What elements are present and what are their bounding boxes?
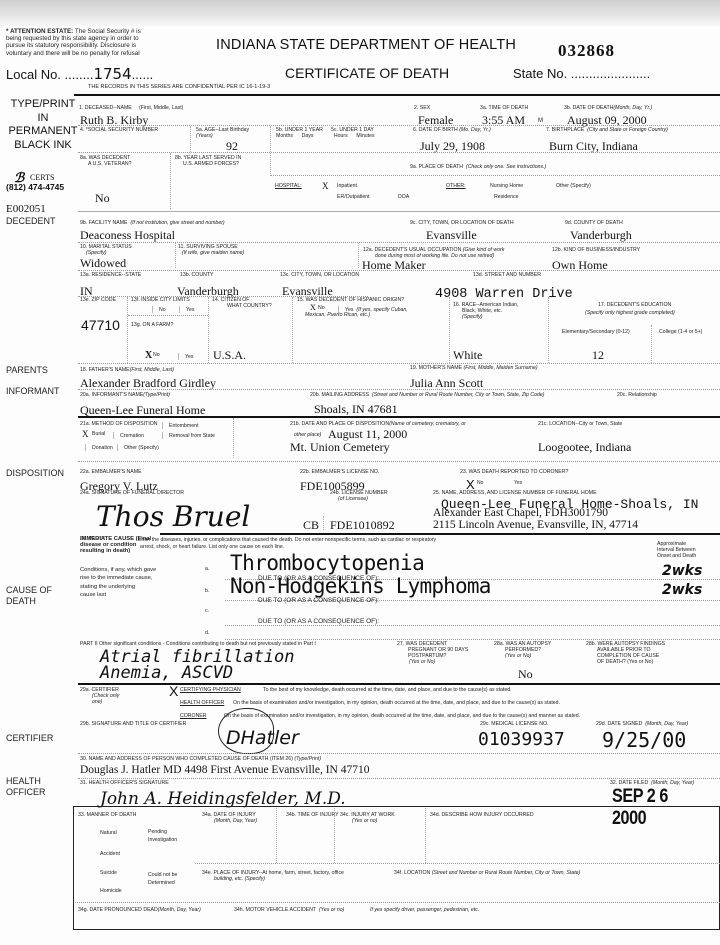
field-label-spouse: 11. SURVIVING SPOUSE(If wife, give maide… — [178, 245, 244, 257]
autopsy-performed[interactable]: No — [518, 667, 533, 682]
manner-homicide[interactable]: Homicide — [100, 889, 122, 895]
option-coroner[interactable]: CORONER — [180, 714, 207, 720]
coroner-yes[interactable]: Yes — [514, 481, 522, 487]
field-label-disposition-location: 21c. LOCATION--City or Town, State — [538, 422, 622, 428]
attention-line: The Social Security # is — [75, 28, 141, 35]
education-college-label: College (1-4 or 5+) — [659, 330, 702, 336]
field-label-certifier-signature: 29b. SIGNATURE AND TITLE OF CERTIFIER — [80, 722, 186, 728]
section-health-officer: HEALTH OFFICER — [6, 776, 46, 798]
attention-line: voluntary and there will be no penalty f… — [6, 50, 206, 57]
divider — [425, 808, 426, 863]
option-label: Pending Investigation — [148, 828, 184, 844]
education-grade[interactable]: 12 — [592, 348, 604, 363]
residence-street[interactable]: 4908 Warren Drive — [435, 287, 573, 302]
date-signed[interactable]: 9/25/00 — [602, 728, 686, 752]
label-text: 18. FATHER'S NAME — [80, 367, 130, 373]
label-text: Conditions, if any, which gave — [80, 566, 156, 574]
rule — [78, 461, 720, 462]
other-label: OTHER: — [446, 184, 466, 190]
label-text: U.S. ARMED FORCES? — [175, 162, 241, 168]
label-sub: Months — [276, 133, 293, 139]
field-label-farm: 13g. ON A FARM? — [131, 323, 173, 329]
label-text: 34g. DATE PRONOUNCED DEAD — [78, 907, 158, 913]
label-text: 34f. LOCATION — [394, 870, 430, 876]
interval-b[interactable]: 2wks — [662, 582, 702, 598]
checkbox[interactable] — [178, 353, 183, 360]
burial-check-mark[interactable]: X — [82, 429, 89, 439]
label-hint: (of Licensee) — [330, 496, 368, 502]
label-text: cause last — [80, 591, 156, 599]
label-hint: (Specify) — [453, 314, 482, 320]
record-code: E002051 — [6, 203, 46, 215]
section-line: CAUSE OF — [6, 585, 52, 596]
label-hint: building, etc. (Specify) — [202, 876, 265, 882]
label-text: 9b. FACILITY NAME — [80, 220, 127, 226]
field-label-facility: 9b. FACILITY NAME (If not institution, g… — [80, 221, 225, 227]
field-label-under-1-year: 5b. UNDER 1 YEARMonths Days — [276, 128, 323, 140]
label-hint: (First, Middle, Last) — [130, 367, 174, 373]
field-label-name: 1. DECEASED--NAME (First, Middle, Last) — [79, 106, 183, 112]
coroner-no[interactable]: No — [477, 481, 483, 487]
field-label-father: 18. FATHER'S NAME(First, Middle, Last) — [80, 368, 174, 374]
label-text: 19. MOTHER'S NAME — [410, 365, 462, 371]
field-label-injury-at-work: 34c. INJURY AT WORK(Yes or no) — [340, 813, 395, 825]
rule — [128, 315, 208, 316]
divider — [334, 808, 335, 863]
funeral-director-signature[interactable]: Thos Bruel — [96, 500, 250, 533]
rule — [78, 125, 720, 126]
line-letter-d: d. — [205, 631, 209, 637]
field-label-under-1-day: 5c. UNDER 1 DAY Hours Minutes — [331, 128, 375, 140]
label-text: Onset and Death — [657, 554, 696, 560]
label-hint: (First, Middle, Last) — [139, 105, 183, 111]
field-label-coroner: 23. WAS DEATH REPORTED TO CORONER? — [460, 470, 568, 476]
label-text: 9a. PLACE OF DEATH — [410, 164, 463, 170]
field-label-pronounced-dead: 34g. DATE PRONOUNCED DEAD(Month, Day, Ye… — [78, 908, 201, 914]
field-label-funeral-director-signature: 24a. SIGNATURE OF FUNERAL DIRECTOR — [80, 491, 184, 497]
part2-line-2[interactable]: Anemia, ASCVD — [100, 663, 233, 683]
section-parents: PARENTS — [6, 365, 48, 375]
city-limits-no[interactable]: No — [152, 306, 166, 314]
attention-title: * ATTENTION ESTATE: — [6, 28, 73, 35]
label-hint: (Month, Day, Year) — [158, 907, 201, 913]
citizenship[interactable]: U.S.A. — [213, 348, 246, 363]
hispanic-hint: Mexican, Puerto Rican, etc.) — [305, 313, 370, 319]
divider — [233, 418, 234, 458]
ink-line: PERMANENT — [8, 125, 78, 139]
label-text: 29d. DATE SIGNED — [596, 721, 642, 727]
zip-code[interactable]: 47710 — [81, 317, 120, 333]
field-label-embalmer-license: 22b. EMBALMER'S LICENSE NO. — [300, 470, 379, 476]
field-label-embalmer: 22a. EMBALMER'S NAME — [80, 470, 142, 476]
certificate-title: CERTIFICATE OF DEATH — [285, 65, 449, 81]
label-text: 34h. MOTOR VEHICLE ACCIDENT — [234, 907, 316, 913]
label-text: 6. DATE OF BIRTH — [413, 127, 458, 133]
section-rule — [160, 533, 720, 535]
hospital-label: HOSPITAL: — [275, 184, 302, 190]
education-elementary-label: Elementary/Secondary (0-12) — [562, 330, 630, 336]
coroner-statement: On the basis of examination and/or inves… — [224, 714, 580, 720]
label-sub: Hours — [334, 133, 348, 139]
divider — [208, 297, 209, 363]
funeral-home-chapel[interactable]: Alexander East Chapel, FDH3001790 — [433, 507, 608, 519]
field-label-medical-license: 29c. MEDICAL LICENSE NO. — [480, 722, 548, 728]
divider — [276, 808, 277, 863]
rule — [78, 211, 720, 212]
field-label-ssn: 4. *SOCIAL SECURITY NUMBER — [80, 128, 158, 134]
scan-edge — [0, 0, 720, 26]
divider — [449, 297, 450, 363]
farm-no[interactable]: No — [153, 353, 160, 359]
option-label: Yes — [185, 354, 193, 360]
method-burial[interactable]: Burial — [92, 432, 105, 438]
divider — [323, 516, 324, 530]
field-label-residence-county: 13b. COUNTY — [180, 273, 213, 279]
rule — [75, 902, 720, 903]
ink-line: TYPE/PRINT — [8, 98, 78, 112]
divider — [548, 297, 549, 363]
field-label-completer: 30. NAME AND ADDRESS OF PERSON WHO COMPL… — [80, 757, 321, 763]
option-doa[interactable]: DOA — [398, 195, 409, 201]
field-label-health-officer-signature: 31. HEALTH OFFICER'S SIGNATURE — [80, 781, 169, 787]
checkbox[interactable] — [162, 422, 167, 429]
state-no: State No. ...................... — [513, 66, 650, 81]
field-label-dob: 6. DATE OF BIRTH (Mo. Day, Yr.) — [413, 128, 491, 134]
part1-label: 26. PART I — [80, 537, 105, 543]
attention-line: pursue its statutory responsibility. Dis… — [6, 42, 206, 49]
field-label-manner: 33. MANNER OF DEATH — [78, 813, 136, 819]
option-certifying-physician[interactable]: CERTIFYING PHYSICIAN — [180, 688, 241, 694]
section-certifier: CERTIFIER — [6, 733, 53, 743]
divider — [651, 325, 652, 363]
section-cause-of-death: CAUSE OF DEATH — [6, 585, 52, 607]
label-text: 20a. INFORMANT'S NAME — [80, 392, 143, 398]
field-label-residence-state: 13a. RESIDENCE--STATE — [80, 273, 141, 279]
field-label-pregnant: 27. WAS DECEDENT PREGNANT OR 90 DAYS POS… — [397, 642, 468, 666]
manner-accident[interactable]: Accident — [100, 852, 120, 858]
section-line: OFFICER — [6, 787, 46, 798]
divider — [358, 243, 359, 268]
field-label-county-of-death: 9d. COUNTY OF DEATH — [565, 221, 623, 227]
disposition-location[interactable]: Loogootee, Indiana — [538, 440, 631, 455]
label-sub: Days — [302, 133, 314, 139]
checkbox[interactable] — [152, 306, 157, 313]
label-hint: (Month, Day, Year) — [645, 721, 688, 727]
rule — [225, 639, 720, 640]
field-label-zip: 13e. ZIP CODE — [80, 298, 116, 304]
manner-undetermined[interactable]: Could not be Determined — [148, 871, 184, 887]
option-label: Yes — [186, 307, 194, 313]
rule — [78, 152, 720, 153]
confidential-notice: THE RECORDS IN THIS SERIES ARE CONFIDENT… — [88, 84, 270, 90]
line-letter-b: b. — [205, 589, 209, 595]
medical-license[interactable]: 01039937 — [478, 729, 565, 750]
section-disposition: DISPOSITION — [6, 468, 64, 478]
label-hint: (Month, Day, Yr.) — [613, 105, 652, 111]
label-hint: (Month, Day, Year) — [202, 818, 257, 824]
field-label-mailing-address: 20b. MAILING ADDRESS (Street and Number … — [310, 393, 545, 399]
option-label: Cremation — [120, 433, 144, 439]
agency-title: INDIANA STATE DEPARTMENT OF HEALTH — [216, 37, 516, 53]
field-label-describe-injury: 34d. DESCRIBE HOW INJURY OCCURRED — [430, 813, 534, 819]
interval-a[interactable]: 2wks — [662, 563, 702, 579]
line-letter-c: c. — [205, 609, 209, 615]
rule — [270, 175, 720, 176]
field-label-race: 16. RACE--American Indian,Black, White, … — [453, 303, 518, 321]
label-text: stating the underlying — [80, 583, 156, 591]
label-hint: (Mo. Day, Yr.) — [459, 127, 491, 133]
section-line: DEATH — [6, 596, 52, 607]
field-label-autopsy: 28a. WAS AN AUTOPSY PERFORMED? (Yes or N… — [494, 642, 551, 660]
divider — [190, 126, 191, 152]
label-hint: (Years) — [196, 133, 213, 139]
label-text: rise to the immediate cause, — [80, 574, 156, 582]
label-hint: (Yes or no) — [319, 907, 344, 913]
label-hint: (Yes or No) — [494, 653, 531, 659]
divider — [270, 126, 271, 176]
farm-no-check-mark[interactable]: X — [145, 350, 152, 361]
label-hint: (Street and Number or Rural Route Number… — [372, 392, 545, 398]
field-label-method: 21a. METHOD OF DISPOSITION — [80, 422, 158, 428]
facility-name[interactable]: Deaconess Hospital — [80, 228, 175, 243]
field-label-autopsy-findings: 28b. WERE AUTOPSY FINDINGS AVAILABLE PRI… — [586, 642, 665, 666]
field-label-motor-vehicle: 34h. MOTOR VEHICLE ACCIDENT (Yes or no) — [234, 908, 344, 914]
farm-yes[interactable]: Yes — [178, 353, 193, 361]
label-hint: (Type/Print) — [143, 392, 170, 398]
informant-address[interactable]: Shoals, IN 47681 — [314, 402, 398, 417]
field-label-informant: 20a. INFORMANT'S NAME(Type/Print) — [80, 393, 170, 399]
ink-instruction: TYPE/PRINT IN PERMANENT BLACK INK — [8, 98, 78, 152]
field-label-conditions: Conditions, if any, which gave rise to t… — [80, 566, 156, 600]
rule — [78, 778, 720, 779]
field-label-mother: 19. MOTHER'S NAME (First, Middle, Maiden… — [410, 366, 538, 372]
label-hint: (First, Middle, Maiden Surname) — [463, 365, 537, 371]
local-no-trail: ...... — [132, 67, 154, 82]
field-label-city-of-death: 9c. CITY, TOWN, OR LOCATION OF DEATH — [410, 221, 514, 227]
option-label: Donation — [92, 445, 113, 451]
label-hint: (Yes or no) — [340, 818, 377, 824]
field-label-education: 17. DECEDENT'S EDUCATION — [598, 303, 671, 309]
method-cremation[interactable]: Cremation — [113, 432, 144, 440]
education-hint: (Specify only highest grade completed) — [585, 311, 675, 317]
certifier-signature[interactable]: DHatler — [226, 727, 299, 749]
certs-phone: (812) 474-4745 — [6, 182, 64, 192]
option-label: No — [159, 307, 166, 313]
disposition-place[interactable]: Mt. Union Cemetery — [290, 440, 390, 455]
death-certificate: * ATTENTION ESTATE: The Social Security … — [0, 0, 720, 945]
funeral-director-license[interactable]: FDE1010892 — [330, 518, 395, 533]
certificate-number: 032868 — [558, 41, 615, 61]
header-rule — [74, 94, 720, 96]
option-residence[interactable]: Residence — [494, 195, 519, 201]
health-officer-statement: On the basis of examination and/or inves… — [233, 701, 560, 707]
time-m: M — [538, 118, 543, 125]
field-label-interval: Approximate Interval Between Onset and D… — [657, 542, 696, 560]
label-hint: other place) — [294, 432, 321, 438]
due-to-c: DUE TO (OR AS A CONSEQUENCE OF): — [258, 618, 379, 625]
section-rule — [78, 416, 720, 418]
funeral-home-address[interactable]: 2115 Lincoln Avenue, Evansville, IN, 477… — [433, 519, 638, 531]
label-text: 3b. DATE OF DEATH — [564, 105, 613, 111]
section-informant: INFORMANT — [6, 386, 60, 396]
label-sub: Minutes — [356, 133, 374, 139]
option-er-outpatient[interactable]: ER/Outpatient — [337, 195, 370, 201]
city-limits-yes[interactable]: Yes — [179, 306, 194, 314]
rule — [195, 863, 720, 864]
completer-name-address[interactable]: Douglas J. Hatler MD 4498 First Avenue E… — [80, 764, 370, 776]
disposition-hint: other place) — [294, 433, 321, 439]
option-inpatient[interactable]: Inpatient — [337, 184, 357, 190]
divider — [170, 153, 171, 209]
checkbox[interactable] — [113, 432, 118, 439]
city-of-death[interactable]: Evansville — [426, 228, 477, 243]
option-label: Entombment — [169, 423, 198, 429]
field-label-injury-time: 34b. TIME OF INJURY — [286, 813, 339, 819]
field-label-street: 13d. STREET AND NUMBER — [473, 273, 541, 279]
section-decedent: DECEDENT — [6, 216, 56, 226]
field-label-age: 5a. AGE--Last Birthday(Years) — [196, 128, 249, 140]
veteran-status[interactable]: No — [95, 191, 110, 206]
field-label-time: 3a. TIME OF DEATH — [480, 106, 528, 112]
local-no-label: Local No. ........ — [6, 67, 93, 82]
race[interactable]: White — [453, 348, 482, 363]
option-other[interactable]: Other (Specify) — [556, 184, 591, 190]
ink-line: IN — [8, 112, 78, 126]
field-label-birthplace: 7. BIRTHPLACE (City and State or Foreign… — [546, 128, 668, 134]
field-label-injury-date: 34a. DATE OF INJURY(Month, Day, Year) — [202, 813, 257, 825]
certs-label: CERTS — [30, 173, 54, 182]
rule — [78, 363, 720, 364]
label-hint: (Yes or No) — [397, 659, 435, 665]
manner-natural[interactable]: Natural — [100, 831, 117, 837]
checkbox[interactable] — [179, 306, 184, 313]
label-hint: (Specify only highest grade completed) — [585, 310, 675, 316]
label-hint: (Check only one. See instructions.) — [466, 164, 546, 170]
field-label-veteran: 8a. WAS DECEDENTA U.S. VETERAN? — [80, 156, 132, 168]
attention-notice: * ATTENTION ESTATE: The Social Security … — [6, 28, 206, 57]
rule — [78, 389, 720, 390]
label-text: 7. BIRTHPLACE — [546, 127, 584, 133]
label-hint: one) — [80, 700, 119, 706]
label-text: 1. DECEASED--NAME — [79, 105, 132, 111]
label-hint: Mexican, Puerto Rican, etc.) — [305, 312, 370, 318]
field-label-relationship: 20c. Relationship — [617, 393, 657, 399]
field-label-citizen: 14. CITIZEN OFWHAT COUNTRY? — [212, 298, 272, 310]
field-label-residence-city: 13c. CITY, TOWN, OR LOCATION — [280, 273, 359, 279]
label-hint: If yes specify driver, passenger, pedest… — [370, 907, 479, 913]
method-entombment[interactable]: Entombment — [162, 422, 198, 430]
rule — [78, 753, 720, 754]
option-label: Removal from State — [169, 433, 215, 439]
local-no: Local No. ........1754...... — [6, 65, 153, 83]
field-label-year-served: 8b. YEAR LAST SERVED INU.S. ARMED FORCES… — [175, 156, 241, 168]
label-hint: (Street and Number or Rural Route Number… — [432, 870, 581, 876]
label-hint: (City and State or Foreign Country) — [587, 127, 668, 133]
option-label: Other (Specify) — [124, 445, 159, 451]
divider — [127, 297, 128, 363]
method-other[interactable]: Other (Specify) — [117, 444, 159, 452]
physician-statement: To the best of my knowledge, death occur… — [263, 688, 512, 694]
line-letter-a: a. — [205, 567, 209, 573]
field-label-date-of-death: 3b. DATE OF DEATH(Month, Day, Yr.) — [564, 106, 652, 112]
field-label-city-limits: 13f. INSIDE CITY LIMITS — [131, 298, 190, 304]
label-hint: (If not institution, give street and num… — [130, 220, 224, 226]
label-text: 30. NAME AND ADDRESS OF PERSON WHO COMPL… — [80, 756, 293, 762]
field-label-business: 12b. KIND OF BUSINESS/INDUSTRY — [552, 248, 640, 254]
field-label-certifier: 29a. CERTIFIER (Check only one) — [80, 688, 119, 706]
rule — [78, 270, 720, 271]
cause-line-b[interactable]: Non-Hodgekins Lymphoma — [230, 574, 491, 598]
local-no-value: 1754 — [93, 65, 131, 83]
field-label-injury-place: 34e. PLACE OF INJURY--At home, farm, str… — [202, 871, 344, 883]
label-text: WHAT COUNTRY? — [212, 304, 272, 310]
checkbox[interactable] — [117, 444, 122, 451]
field-label-license: 24b. LICENSE NUMBER(of Licensee) — [330, 491, 388, 503]
label-hint: (Type/Print) — [294, 756, 321, 762]
manner-pending[interactable]: Pending Investigation — [148, 828, 184, 844]
license-prefix: CB — [303, 518, 319, 533]
field-label-sex: 2. SEX — [414, 106, 430, 112]
checkbox[interactable] — [162, 432, 167, 439]
label-text: A U.S. VETERAN? — [80, 162, 132, 168]
due-to-b: DUE TO (OR AS A CONSEQUENCE OF): — [258, 597, 379, 604]
section-line: HEALTH — [6, 776, 46, 787]
hospital-check-mark[interactable]: X — [322, 181, 329, 191]
method-donation[interactable]: Donation — [85, 444, 113, 452]
hispanic-no-check-mark[interactable]: X — [310, 303, 316, 312]
marital-status[interactable]: Widowed — [80, 256, 126, 271]
method-removal[interactable]: Removal from State — [162, 432, 215, 440]
field-label-injury-location: 34f. LOCATION (Street and Number or Rura… — [394, 871, 580, 877]
checkbox[interactable] — [85, 444, 90, 451]
divider — [292, 297, 293, 363]
option-health-officer[interactable]: HEALTH OFFICER — [180, 701, 224, 707]
physician-check-mark[interactable]: X — [169, 683, 178, 699]
cause-line-a[interactable]: Thrombocytopenia — [230, 551, 424, 575]
manner-suicide[interactable]: Suicide — [100, 871, 117, 877]
label-hint: (If wife, give maiden name) — [178, 250, 244, 256]
motor-vehicle-hint: If yes specify driver, passenger, pedest… — [370, 908, 479, 914]
divider — [175, 243, 176, 268]
field-label-place-of-death: 9a. PLACE OF DEATH (Check only one. See … — [410, 165, 546, 171]
county-of-death[interactable]: Vanderburgh — [570, 228, 632, 243]
option-label: Could not be Determined — [148, 871, 184, 887]
ink-line: BLACK INK — [8, 139, 78, 153]
label-text: OF DEATH? (Yes or No) — [586, 660, 665, 666]
attention-line: being requested by this state agency in … — [6, 35, 206, 42]
label-text: 20b. MAILING ADDRESS — [310, 392, 369, 398]
option-nursing-home[interactable]: Nursing Home — [490, 184, 523, 190]
